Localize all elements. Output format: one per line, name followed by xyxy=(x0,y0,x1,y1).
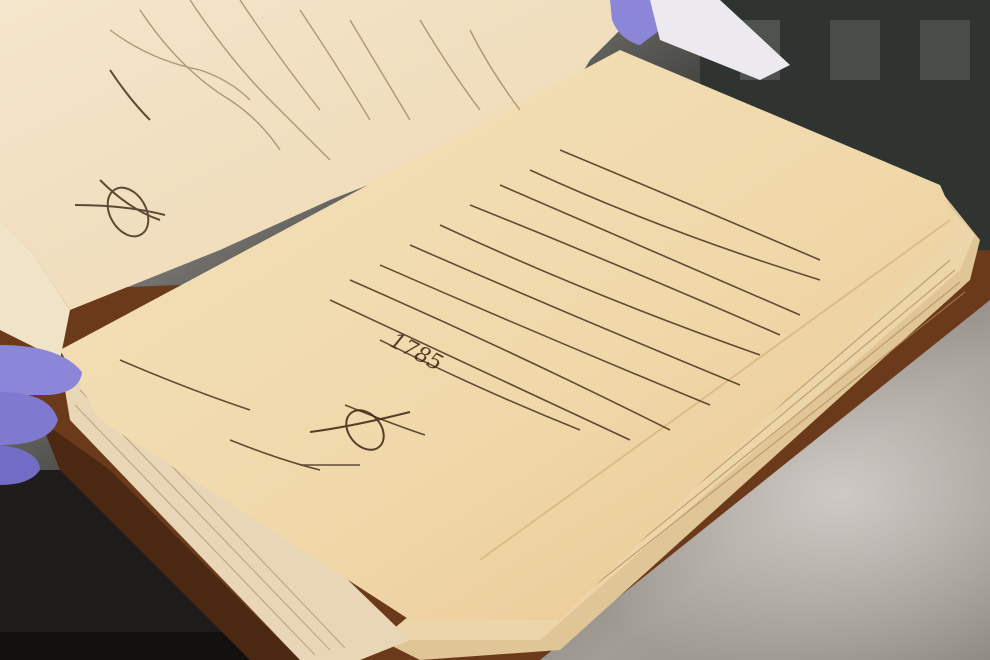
photo-scene: 1785 Handwritten historical manuscript b… xyxy=(0,0,990,660)
manuscript-photo xyxy=(0,0,990,660)
